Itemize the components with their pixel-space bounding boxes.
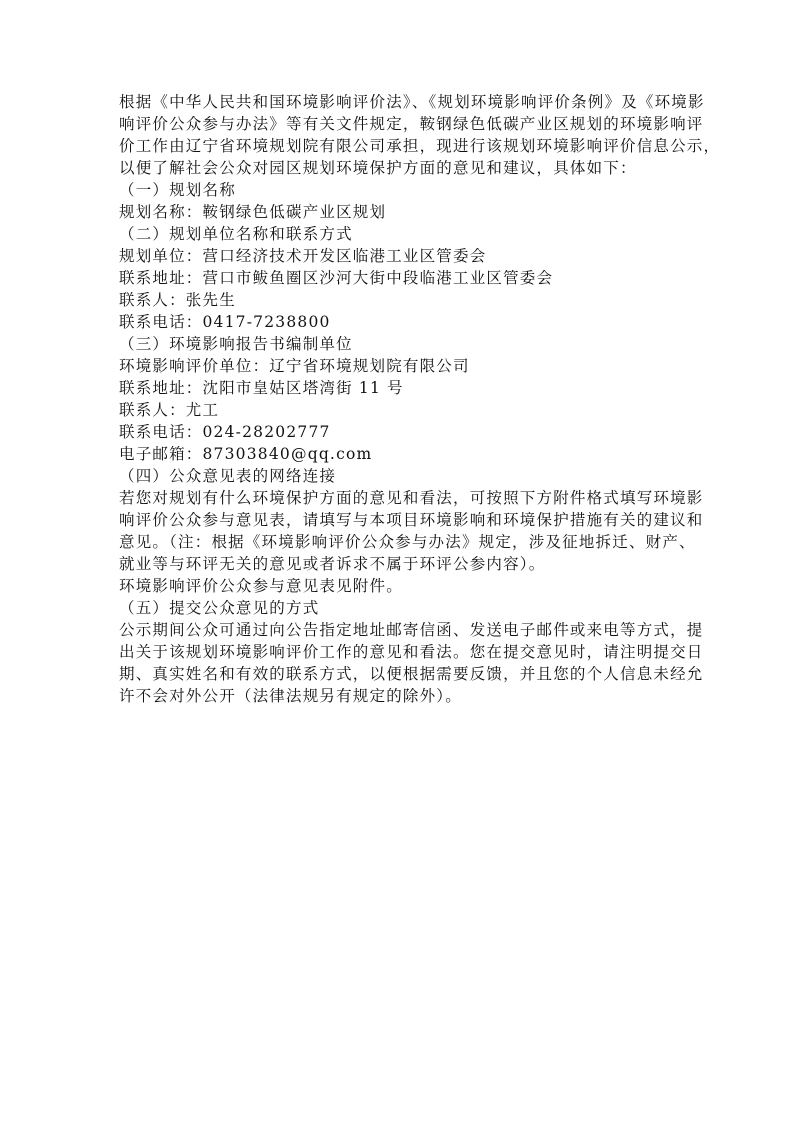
attachment-note: 环境影响评价公众参与意见表见附件。 (119, 575, 685, 597)
plan-name: 规划名称：鞍钢绿色低碳产业区规划 (119, 201, 685, 223)
planning-unit-address: 联系地址：营口市鲅鱼圈区沙河大街中段临港工业区管委会 (119, 267, 685, 289)
section4-line: 意见。（注：根据《环境影响评价公众参与办法》规定，涉及征地拆迁、财产、 (119, 531, 685, 553)
section4-line: 就业等与环评无关的意见或者诉求不属于环评公参内容）。 (119, 553, 685, 575)
eia-unit-contact: 联系人：尤工 (119, 399, 685, 421)
planning-unit-contact: 联系人：张先生 (119, 289, 685, 311)
eia-unit-address: 联系地址：沈阳市皇姑区塔湾街 11 号 (119, 377, 685, 399)
document-page: 根据《中华人民共和国环境影响评价法》、《规划环境影响评价条例》及《环境影 响评价… (119, 91, 685, 707)
section4-heading: （四）公众意见表的网络连接 (119, 465, 685, 487)
section5-line: 许不会对外公开（法律法规另有规定的除外）。 (119, 685, 685, 707)
intro-line: 以便了解社会公众对园区规划环境保护方面的意见和建议，具体如下： (119, 157, 685, 179)
intro-line: 价工作由辽宁省环境规划院有限公司承担，现进行该规划环境影响评价信息公示， (119, 135, 685, 157)
intro-paragraph: 根据《中华人民共和国环境影响评价法》、《规划环境影响评价条例》及《环境影 响评价… (119, 91, 685, 179)
planning-unit: 规划单位：营口经济技术开发区临港工业区管委会 (119, 245, 685, 267)
intro-line: 根据《中华人民共和国环境影响评价法》、《规划环境影响评价条例》及《环境影 (119, 91, 685, 113)
section3-heading: （三）环境影响报告书编制单位 (119, 333, 685, 355)
eia-unit: 环境影响评价单位：辽宁省环境规划院有限公司 (119, 355, 685, 377)
section2-heading: （二）规划单位名称和联系方式 (119, 223, 685, 245)
section4-line: 若您对规划有什么环境保护方面的意见和看法，可按照下方附件格式填写环境影 (119, 487, 685, 509)
section5-line: 公示期间公众可通过向公告指定地址邮寄信函、发送电子邮件或来电等方式，提 (119, 619, 685, 641)
section5-line: 出关于该规划环境影响评价工作的意见和看法。您在提交意见时，请注明提交日 (119, 641, 685, 663)
section5-paragraph: 公示期间公众可通过向公告指定地址邮寄信函、发送电子邮件或来电等方式，提 出关于该… (119, 619, 685, 707)
section4-line: 响评价公众参与意见表，请填写与本项目环境影响和环境保护措施有关的建议和 (119, 509, 685, 531)
planning-unit-phone: 联系电话：0417-7238800 (119, 311, 685, 333)
section5-heading: （五）提交公众意见的方式 (119, 597, 685, 619)
eia-unit-email: 电子邮箱：87303840@qq.com (119, 443, 685, 465)
section1-heading: （一）规划名称 (119, 179, 685, 201)
eia-unit-phone: 联系电话：024-28202777 (119, 421, 685, 443)
section5-line: 期、真实姓名和有效的联系方式，以便根据需要反馈，并且您的个人信息未经允 (119, 663, 685, 685)
section4-paragraph: 若您对规划有什么环境保护方面的意见和看法，可按照下方附件格式填写环境影 响评价公… (119, 487, 685, 575)
intro-line: 响评价公众参与办法》等有关文件规定，鞍钢绿色低碳产业区规划的环境影响评 (119, 113, 685, 135)
